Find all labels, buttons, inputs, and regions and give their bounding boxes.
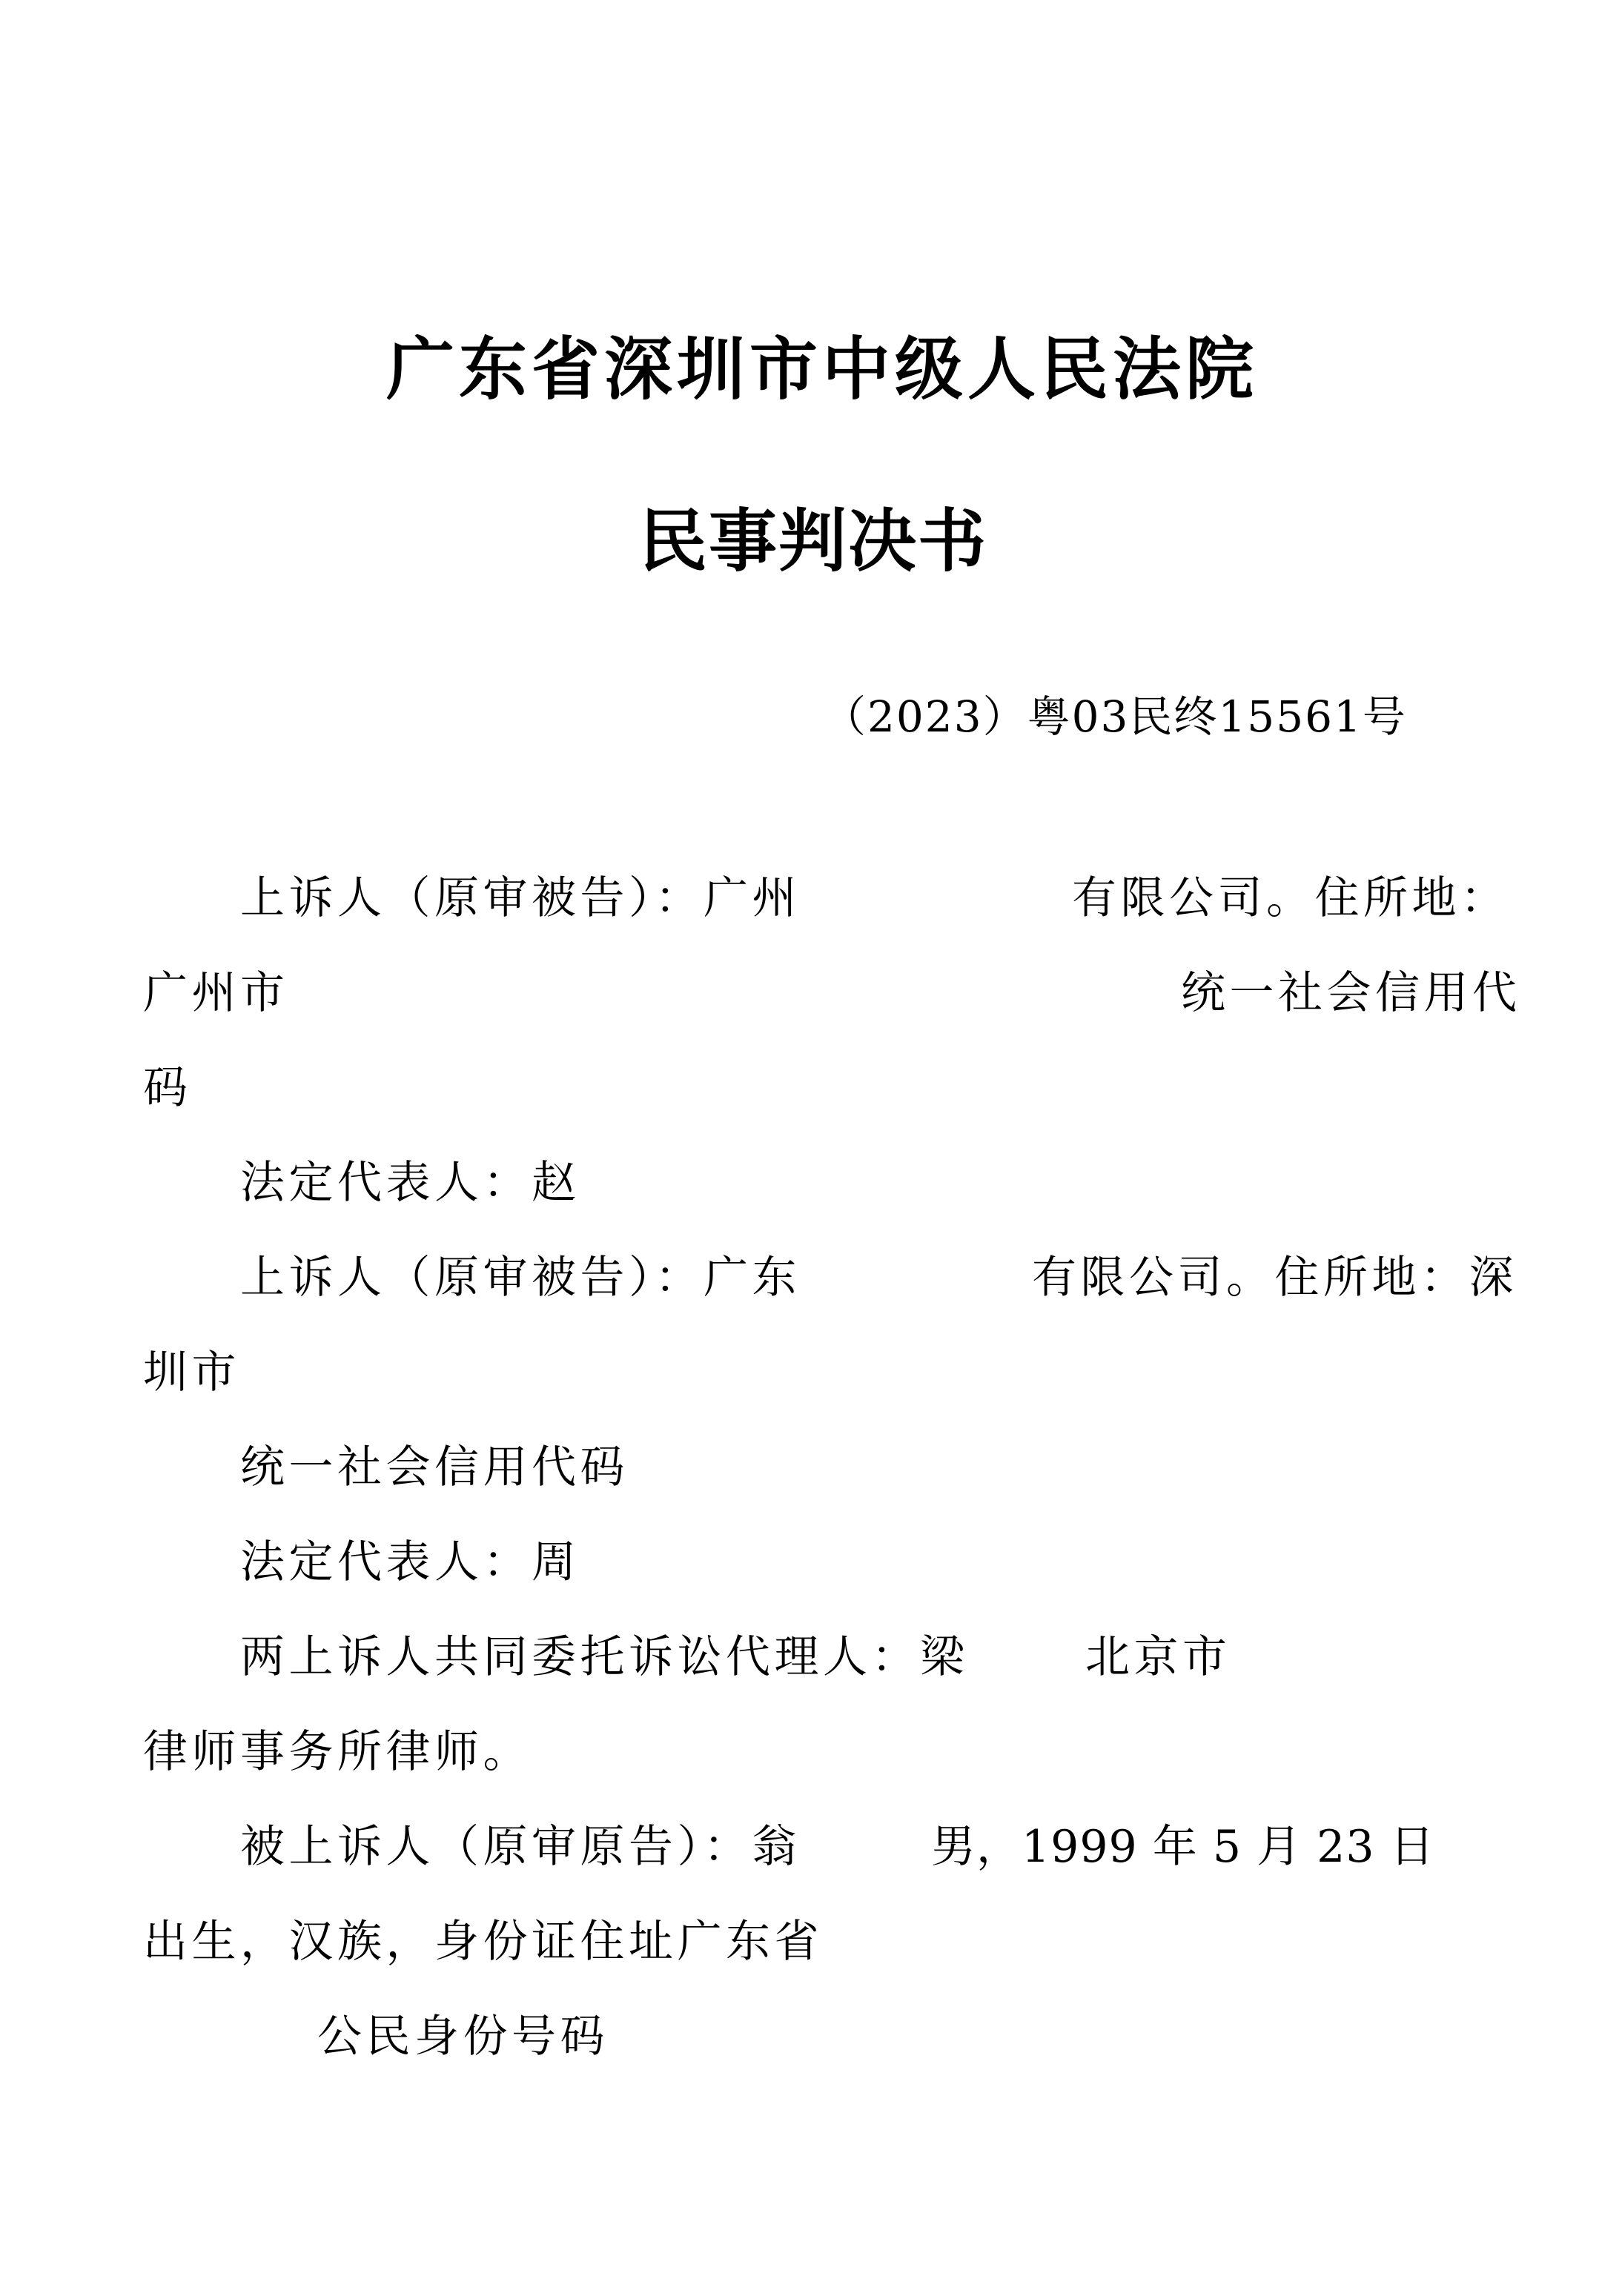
agent-line-1: 两上诉人共同委托诉讼代理人：梁 北京市 xyxy=(240,1628,1515,1687)
appellant-2-legal-rep-text: 法定代表人：周 xyxy=(240,1533,580,1592)
respondent-gender-birthdate: 男，1999 年 5 月 23 日 xyxy=(931,1817,1435,1877)
appellant-2-credit-code-label: 统一社会信用代码 xyxy=(240,1438,629,1497)
agent-firm-city: 北京市 xyxy=(1085,1628,1231,1687)
appellant-1-line-1: 上诉人（原审被告）：广州 有限公司。住所地： xyxy=(240,869,1515,928)
appellant-2-name-label: 上诉人（原审被告）：广东 xyxy=(240,1248,801,1307)
respondent-address-start: 出生，汉族，身份证住址广东省 xyxy=(143,1912,823,1971)
appellant-2-company-suffix: 有限公司。住所地：深 xyxy=(1032,1248,1517,1307)
appellant-1-credit-code-label: 统一社会信用代 xyxy=(1181,963,1521,1023)
appellant-1-name-label: 上诉人（原审被告）：广州 xyxy=(240,869,801,928)
appellant-2-address-start: 圳市 xyxy=(143,1343,240,1402)
appellant-1-address-start: 广州市 xyxy=(143,963,289,1023)
document-type-title: 民事判决书 xyxy=(0,504,1622,578)
appellant-1-credit-code-end: 码 xyxy=(143,1058,192,1118)
respondent-id-number-label: 公民身份号码 xyxy=(317,2007,609,2066)
appellant-1-legal-rep-text: 法定代表人：赵 xyxy=(240,1153,580,1212)
court-name-title: 广东省深圳市中级人民法院 xyxy=(0,332,1622,406)
case-number-text: （2023）粤03民终15561号 xyxy=(823,691,1407,742)
appellant-2-line-1: 上诉人（原审被告）：广东 有限公司。住所地：深 xyxy=(240,1248,1515,1307)
judgment-page: 广东省深圳市中级人民法院 民事判决书 （2023）粤03民终15561号 上诉人… xyxy=(0,0,1622,2296)
agent-firm-suffix: 律师事务所律师。 xyxy=(143,1722,532,1782)
appellant-1-line-2: 广州市 统一社会信用代 xyxy=(143,963,1515,1023)
respondent-line-1: 被上诉人（原审原告）：翁 男，1999 年 5 月 23 日 xyxy=(240,1817,1515,1877)
case-number: （2023）粤03民终15561号 xyxy=(823,691,1407,743)
agent-name-label: 两上诉人共同委托诉讼代理人：梁 xyxy=(240,1628,969,1687)
appellant-1-company-suffix: 有限公司。住所地： xyxy=(1072,869,1509,928)
respondent-name-label: 被上诉人（原审原告）：翁 xyxy=(240,1817,801,1877)
